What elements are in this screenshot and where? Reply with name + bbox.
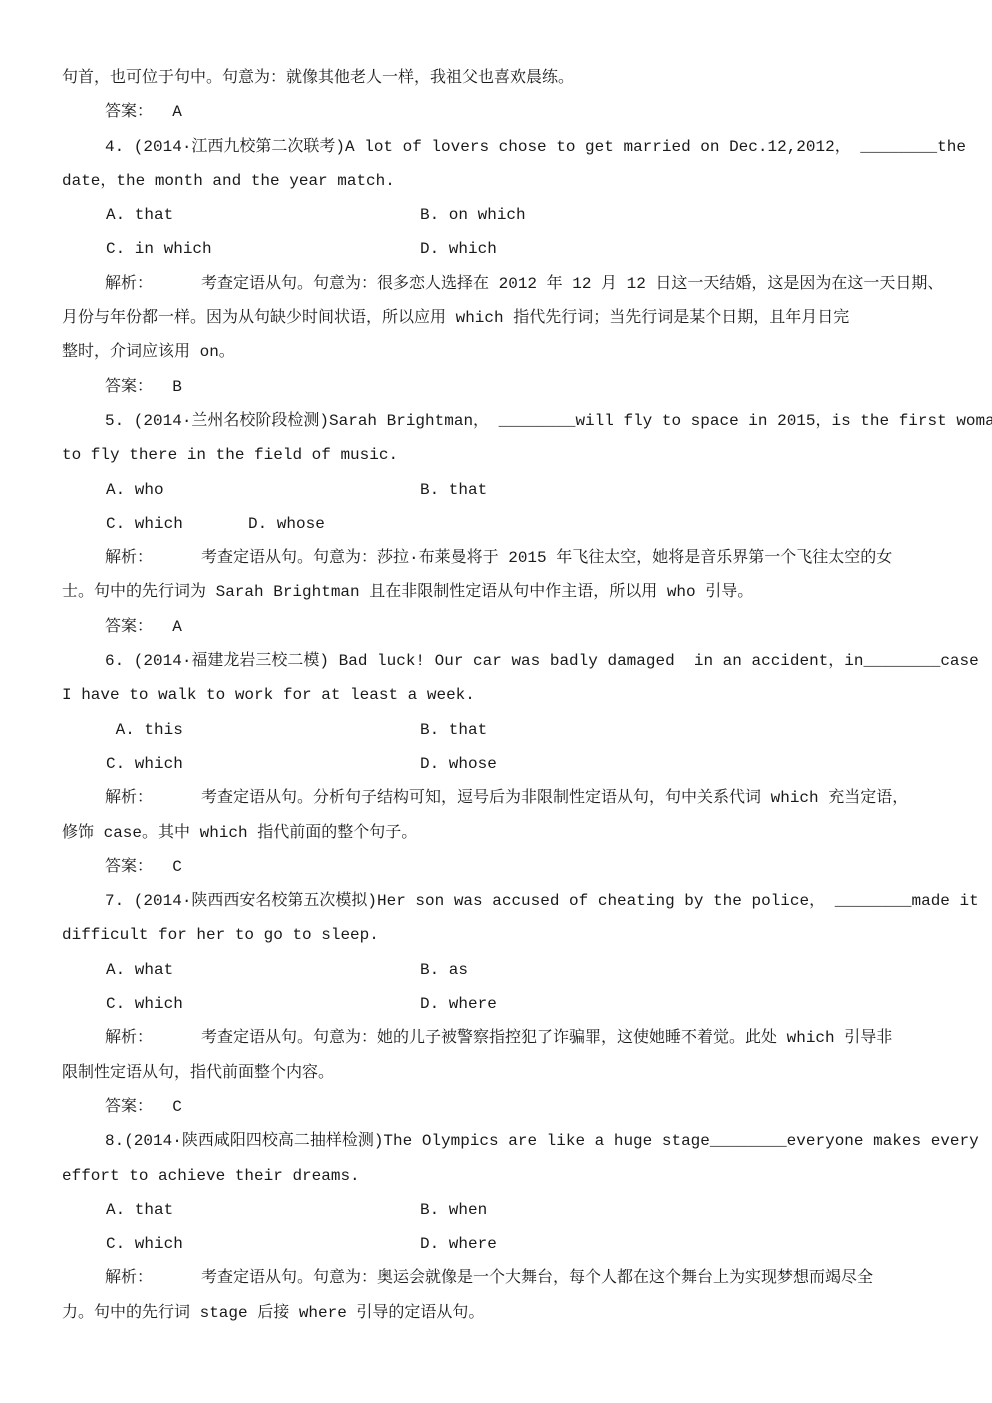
body-text-line: I have to walk to work for at least a we… bbox=[62, 678, 952, 712]
options-row: A. thatB. on which bbox=[62, 198, 952, 232]
option-left: C. which bbox=[106, 515, 183, 533]
option-left: C. which bbox=[106, 755, 183, 773]
option-right: D. whose bbox=[248, 507, 325, 541]
body-text-line: effort to achieve their dreams. bbox=[62, 1159, 952, 1193]
option-left: C. in which bbox=[106, 240, 212, 258]
document-text-area: 句首，也可位于句中。句意为：就像其他老人一样，我祖父也喜欢晨练。答案： A4. … bbox=[62, 61, 952, 1330]
answer-line: 答案： A bbox=[62, 610, 952, 644]
body-text-line: 整时，介词应该用 on。 bbox=[62, 335, 952, 369]
option-right: B. that bbox=[420, 473, 487, 507]
option-right: B. when bbox=[420, 1193, 487, 1227]
question-stem-line: 4. (2014·江西九校第二次联考)A lot of lovers chose… bbox=[62, 130, 952, 164]
body-text-line: 月份与年份都一样。因为从句缺少时间状语，所以应用 which 指代先行词；当先行… bbox=[62, 301, 952, 335]
explanation-line: 解析： 考查定语从句。分析句子结构可知，逗号后为非限制性定语从句，句中关系代词 … bbox=[62, 781, 952, 815]
question-stem-line: 7. (2014·陕西西安名校第五次模拟)Her son was accused… bbox=[62, 884, 952, 918]
option-right: B. that bbox=[420, 713, 487, 747]
answer-line: 答案： C bbox=[62, 850, 952, 884]
options-row: C. whichD. where bbox=[62, 1227, 952, 1261]
document-page: 句首，也可位于句中。句意为：就像其他老人一样，我祖父也喜欢晨练。答案： A4. … bbox=[0, 0, 992, 1403]
option-right: B. as bbox=[420, 953, 468, 987]
options-row: C. whichD. whose bbox=[62, 747, 952, 781]
question-stem-line: 6. (2014·福建龙岩三校二模) Bad luck! Our car was… bbox=[62, 644, 952, 678]
question-stem-line: 5. (2014·兰州名校阶段检测)Sarah Brightman， _____… bbox=[62, 404, 952, 438]
body-text-line: to fly there in the field of music. bbox=[62, 438, 952, 472]
body-text-line: date，the month and the year match. bbox=[62, 164, 952, 198]
answer-line: 答案： A bbox=[62, 95, 952, 129]
option-left: A. that bbox=[106, 1201, 173, 1219]
option-right: B. on which bbox=[420, 198, 526, 232]
options-row: A. whatB. as bbox=[62, 953, 952, 987]
body-text-line: difficult for her to go to sleep. bbox=[62, 918, 952, 952]
option-left: C. which bbox=[106, 995, 183, 1013]
explanation-line: 解析： 考查定语从句。句意为：莎拉·布莱曼将于 2015 年飞往太空，她将是音乐… bbox=[62, 541, 952, 575]
explanation-line: 解析： 考查定语从句。句意为：她的儿子被警察指控犯了诈骗罪，这使她睡不着觉。此处… bbox=[62, 1021, 952, 1055]
options-row: C. in whichD. which bbox=[62, 232, 952, 266]
options-row: A. thisB. that bbox=[62, 713, 952, 747]
options-row: A. thatB. when bbox=[62, 1193, 952, 1227]
body-text-line: 限制性定语从句，指代前面整个内容。 bbox=[62, 1056, 952, 1090]
option-left: C. which bbox=[106, 1235, 183, 1253]
option-right: D. where bbox=[420, 1227, 497, 1261]
options-row: A. whoB. that bbox=[62, 473, 952, 507]
option-left: A. that bbox=[106, 206, 173, 224]
answer-line: 答案： B bbox=[62, 370, 952, 404]
explanation-line: 解析： 考查定语从句。句意为：奥运会就像是一个大舞台，每个人都在这个舞台上为实现… bbox=[62, 1261, 952, 1295]
question-stem-line: 8.(2014·陕西咸阳四校高二抽样检测)The Olympics are li… bbox=[62, 1124, 952, 1158]
option-left: A. who bbox=[106, 481, 164, 499]
body-text-line: 士。句中的先行词为 Sarah Brightman 且在非限制性定语从句中作主语… bbox=[62, 575, 952, 609]
body-text-line: 修饰 case。其中 which 指代前面的整个句子。 bbox=[62, 816, 952, 850]
body-text-line: 句首，也可位于句中。句意为：就像其他老人一样，我祖父也喜欢晨练。 bbox=[62, 61, 952, 95]
option-right: D. where bbox=[420, 987, 497, 1021]
options-row: C. whichD. whose bbox=[62, 507, 952, 541]
option-right: D. which bbox=[420, 232, 497, 266]
option-right: D. whose bbox=[420, 747, 497, 781]
option-left: A. what bbox=[106, 961, 173, 979]
option-left: A. this bbox=[106, 721, 183, 739]
options-row: C. whichD. where bbox=[62, 987, 952, 1021]
body-text-line: 力。句中的先行词 stage 后接 where 引导的定语从句。 bbox=[62, 1296, 952, 1330]
explanation-line: 解析： 考查定语从句。句意为：很多恋人选择在 2012 年 12 月 12 日这… bbox=[62, 267, 952, 301]
answer-line: 答案： C bbox=[62, 1090, 952, 1124]
